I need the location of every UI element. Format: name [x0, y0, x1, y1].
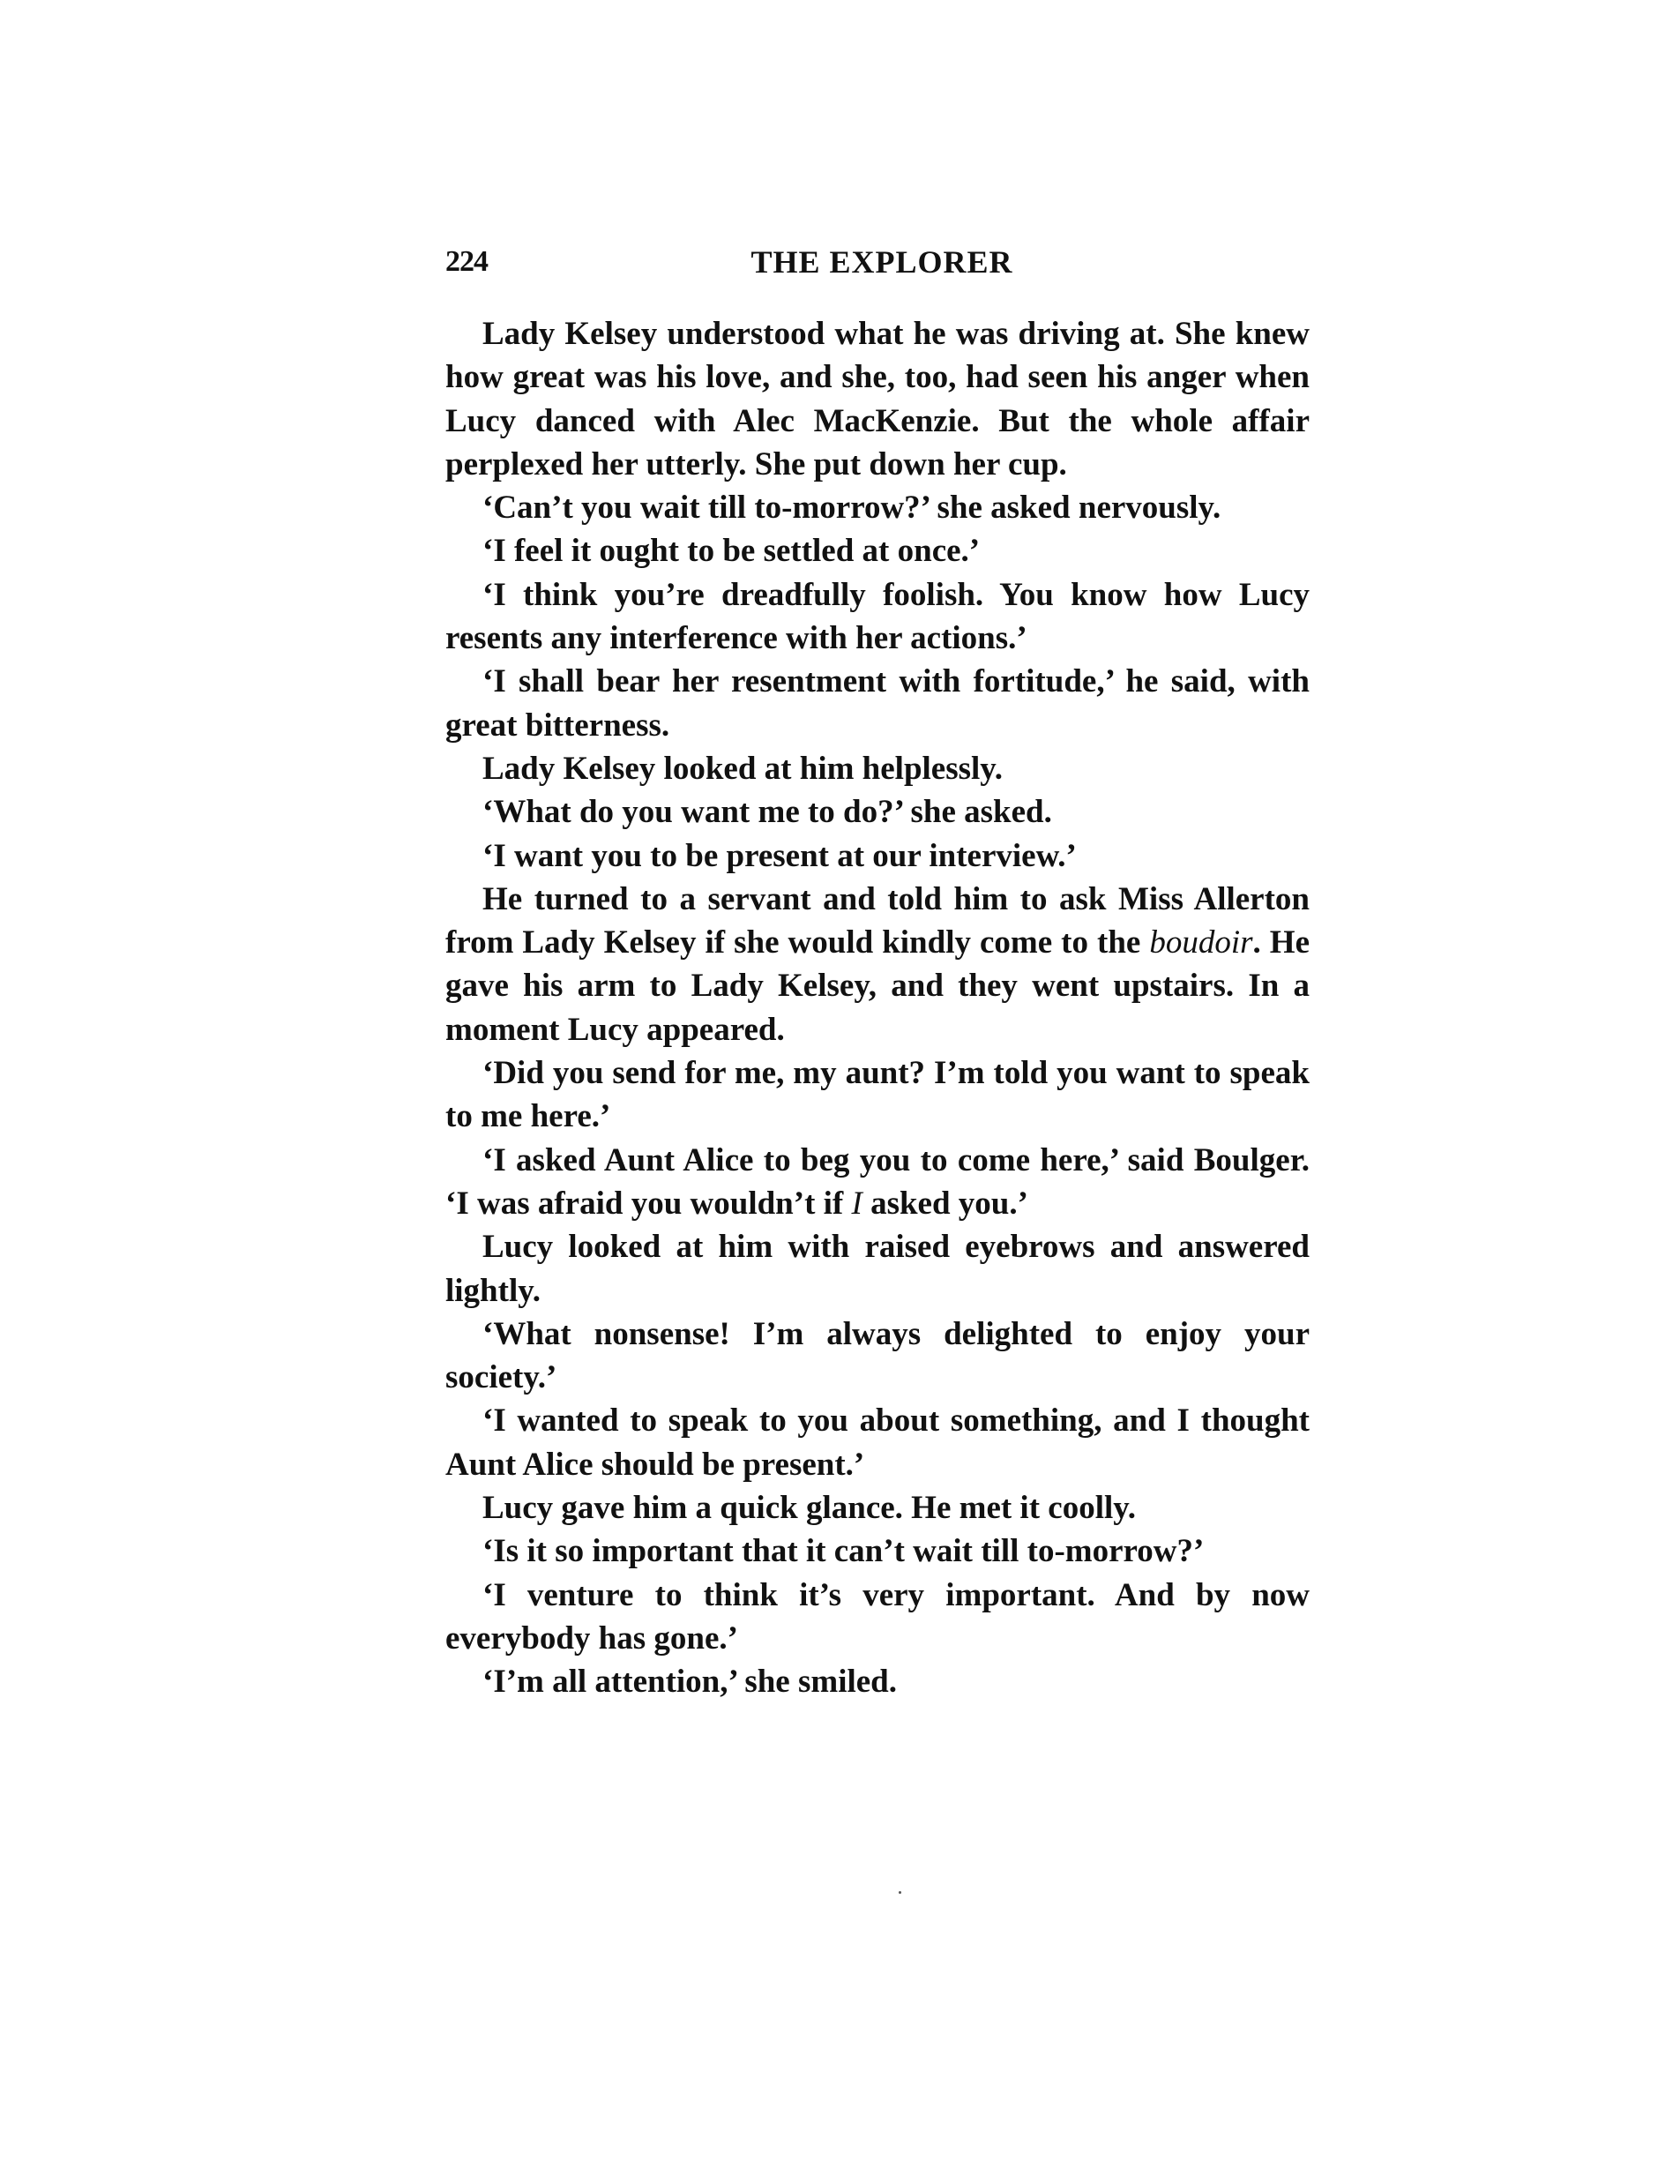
paragraph: ‘I shall bear her resentment with fortit… [445, 660, 1310, 747]
paragraph: ‘Did you send for me, my aunt? I’m told … [445, 1051, 1310, 1139]
paragraph: ‘What do you want me to do?’ she asked. [445, 790, 1310, 834]
body-text: Lady Kelsey understood what he was drivi… [445, 312, 1310, 1704]
scan-speck [899, 1891, 901, 1894]
running-head: 224 THE EXPLORER [445, 240, 1310, 284]
paragraph: He turned to a servant and told him to a… [445, 878, 1310, 1051]
paragraph: ‘I want you to be present at our intervi… [445, 834, 1310, 878]
paragraph: ‘I feel it ought to be settled at once.’ [445, 529, 1310, 572]
paragraph: ‘I’m all attention,’ she smiled. [445, 1660, 1310, 1703]
running-title: THE EXPLORER [445, 240, 1310, 284]
book-page: 224 THE EXPLORER Lady Kelsey understood … [0, 0, 1680, 2184]
italic-text: boudoir [1149, 924, 1252, 961]
paragraph: ‘I venture to think it’s very important.… [445, 1574, 1310, 1661]
paragraph: Lady Kelsey understood what he was drivi… [445, 312, 1310, 486]
paragraph: ‘I think you’re dreadfully foolish. You … [445, 573, 1310, 661]
paragraph: ‘What nonsense! I’m always delighted to … [445, 1313, 1310, 1400]
paragraph: ‘Can’t you wait till to-morrow?’ she ask… [445, 486, 1310, 529]
paragraph: ‘I asked Aunt Alice to beg you to come h… [445, 1139, 1310, 1226]
italic-text: I [852, 1185, 862, 1222]
paragraph: Lady Kelsey looked at him helplessly. [445, 747, 1310, 790]
paragraph: ‘Is it so important that it can’t wait t… [445, 1530, 1310, 1573]
paragraph: ‘I wanted to speak to you about somethin… [445, 1399, 1310, 1486]
text-run: asked you.’ [862, 1185, 1028, 1222]
paragraph: Lucy looked at him with raised eyebrows … [445, 1225, 1310, 1313]
paragraph: Lucy gave him a quick glance. He met it … [445, 1486, 1310, 1530]
